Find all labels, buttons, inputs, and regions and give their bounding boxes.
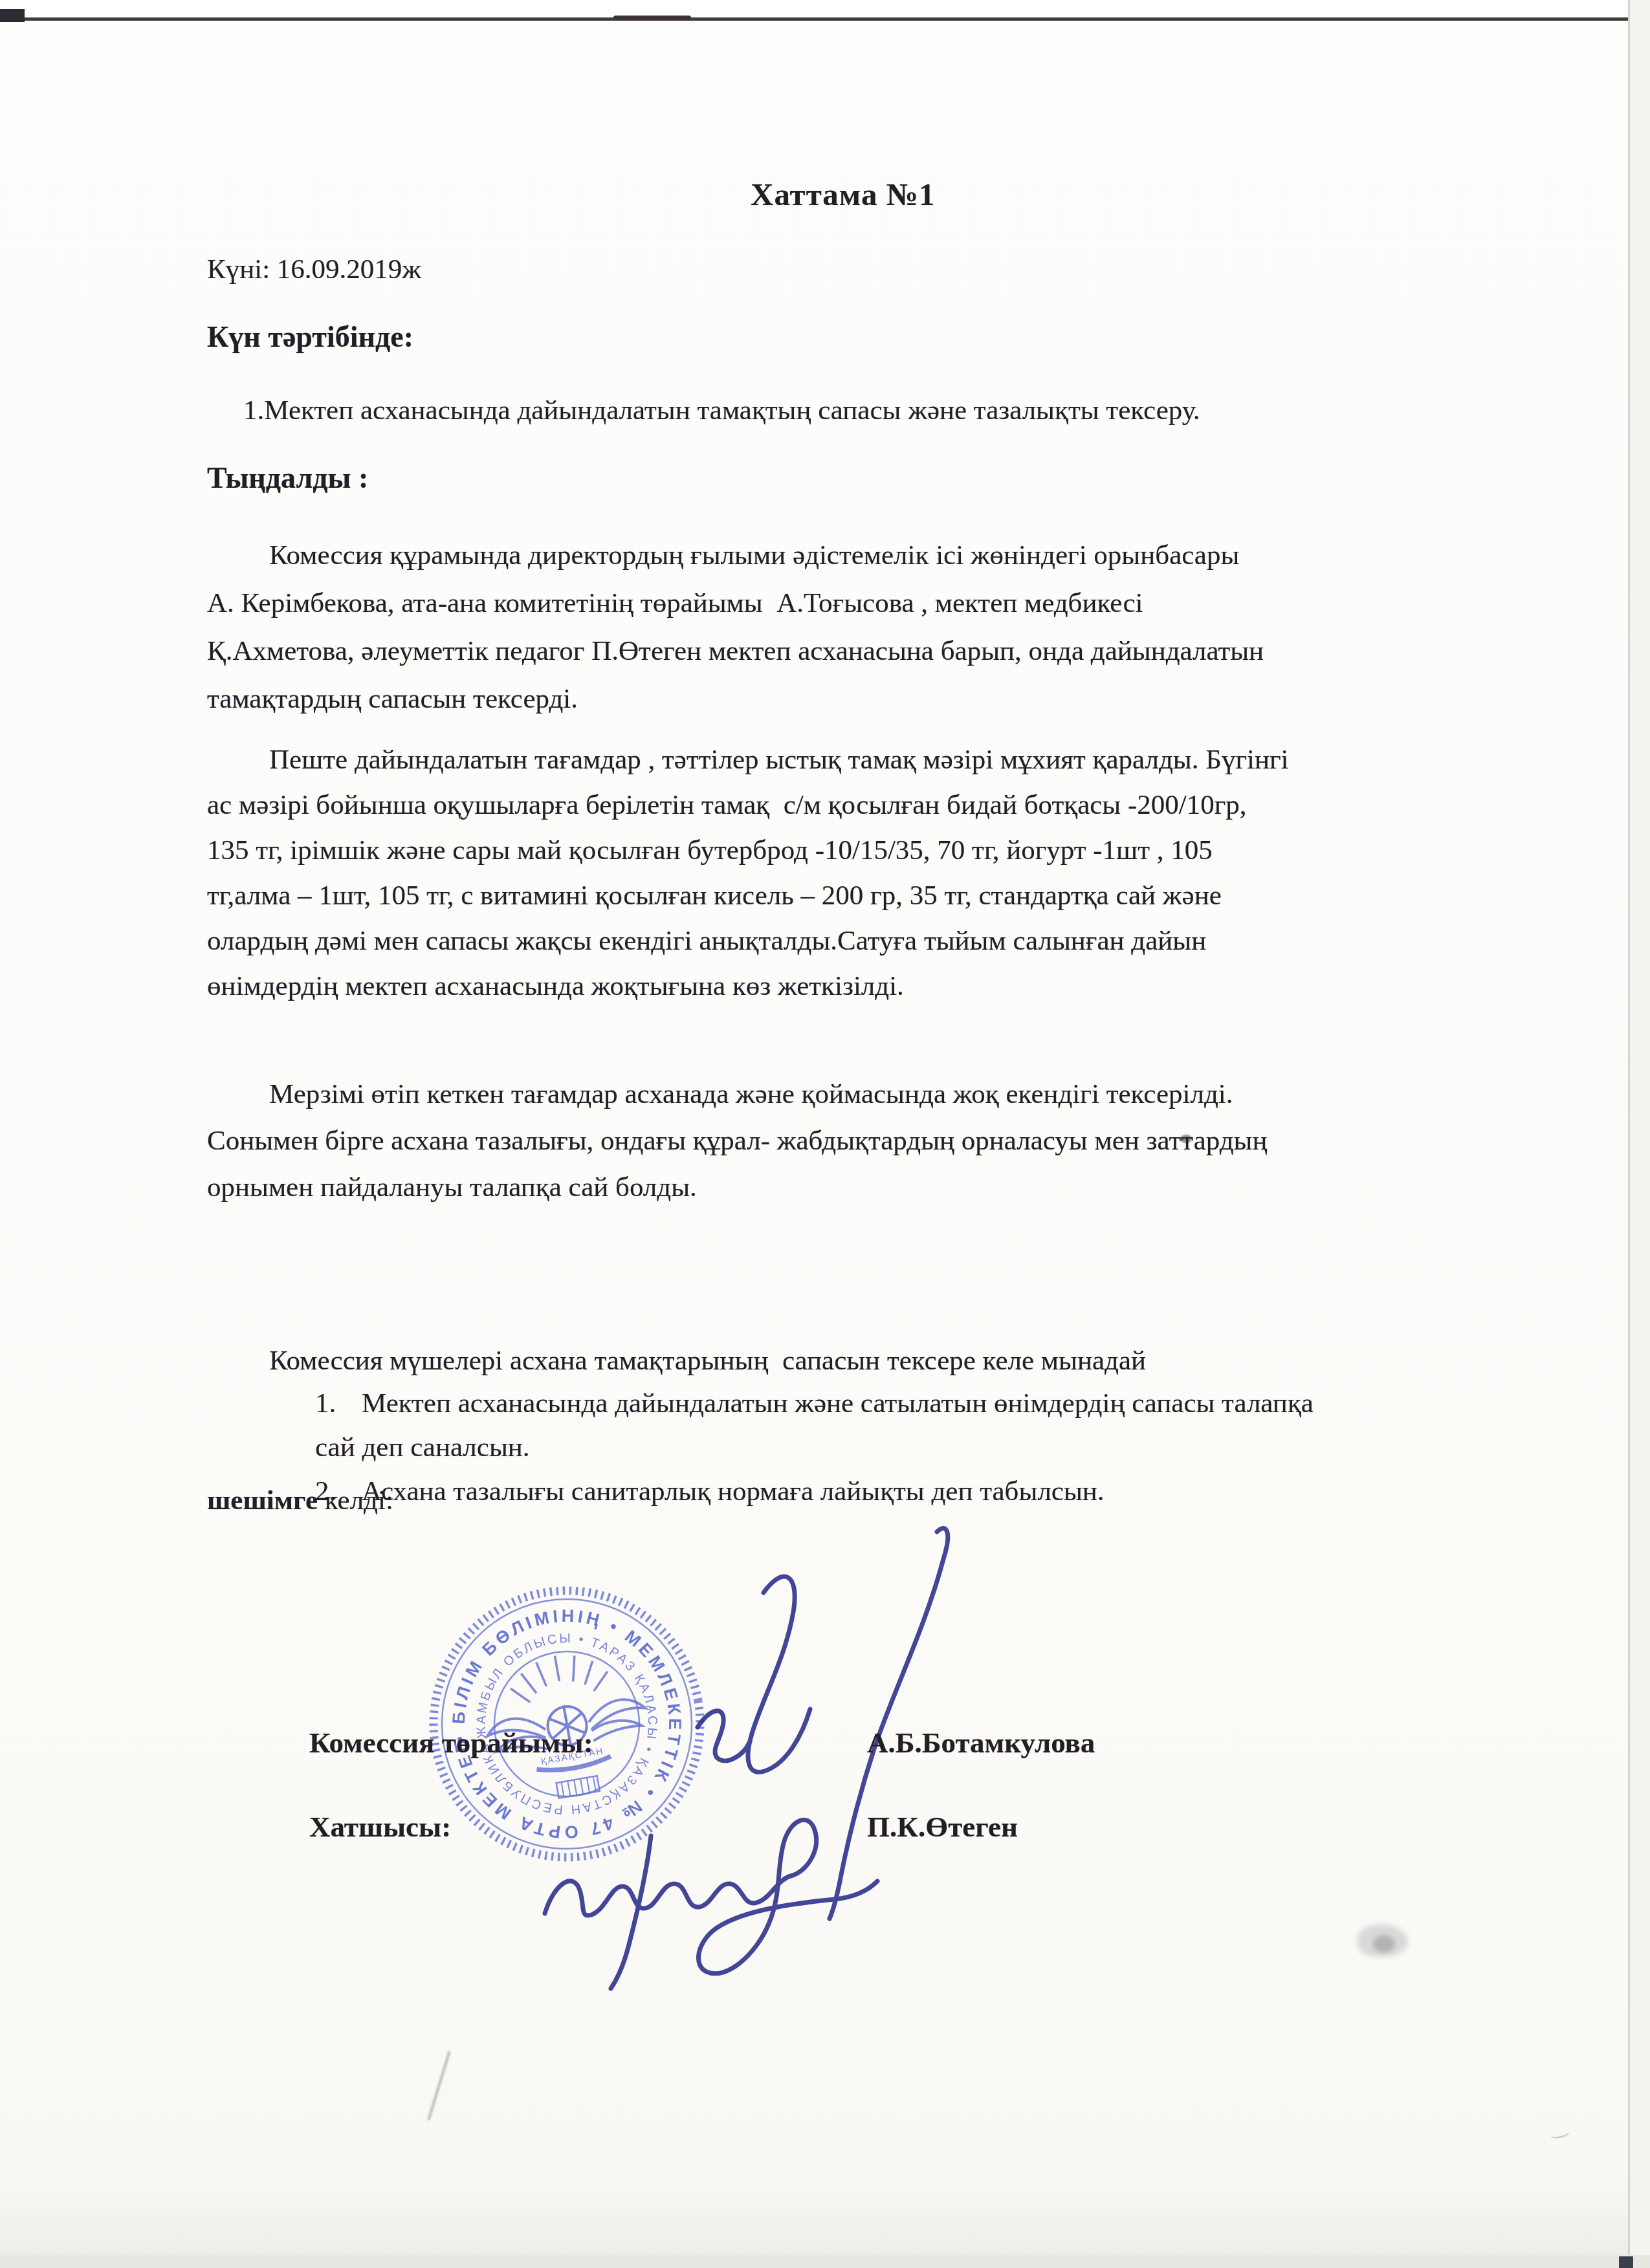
scan-top-edge-bump <box>613 16 691 20</box>
text-line: Пеште дайындалатын тағамдар , тәттілер ы… <box>207 737 1289 783</box>
agenda-item: 1.Мектеп асханасында дайындалатын тамақт… <box>243 388 1200 433</box>
scanned-protocol-page: Хаттама №1 Күні: 16.09.2019ж Күн тәртібі… <box>0 0 1650 2268</box>
text-line: Мерзімі өтіп кеткен тағамдар асханада жә… <box>207 1071 1267 1118</box>
decision-number: 2. <box>315 1470 336 1514</box>
paragraph-commission-members: Комессия құрамында директордың ғылыми әд… <box>207 532 1264 723</box>
decision-item: 1.Мектеп асханасында дайындалатын және с… <box>315 1382 1314 1470</box>
signature-label-chairman: Комессия төрайымы: <box>309 1726 593 1760</box>
scan-top-strip <box>0 0 1650 17</box>
smudge-artifact-dark <box>1373 1935 1395 1952</box>
decision-text-line: Мектеп асханасында дайындалатын және сат… <box>315 1382 1314 1426</box>
text-line: 135 тг, ірімшік және сары май қосылған б… <box>207 828 1289 873</box>
scan-bottom-corner-artifact <box>1619 2256 1633 2268</box>
signatory-name-chairman: А.Б.Ботамкулова <box>867 1726 1095 1760</box>
conclusion-bold-word: шешімге <box>207 1485 318 1516</box>
agenda-heading: Күн тәртібінде: <box>207 314 413 360</box>
text-line: Қ.Ахметова, әлеуметтік педагог П.Өтеген … <box>207 627 1264 675</box>
text-line: Сонымен бірге асхана тазалығы, ондағы құ… <box>207 1118 1267 1164</box>
paragraph-expiry-cleanliness: Мерзімі өтіп кеткен тағамдар асханада жә… <box>207 1071 1267 1211</box>
conclusion-line-1: Комессия мүшелері асхана тамақтарының са… <box>207 1338 1146 1384</box>
scan-bottom-band <box>0 2255 1650 2268</box>
pencil-mark-artifact <box>427 2051 452 2121</box>
scan-corner-artifact <box>0 9 25 22</box>
decision-text-line: сай деп саналсын. <box>315 1426 1314 1470</box>
document-title: Хаттама №1 <box>751 172 935 217</box>
text-line: олардың дәмі мен сапасы жақсы екендігі а… <box>207 919 1289 964</box>
scan-top-edge-line <box>0 17 1629 21</box>
signature-label-secretary: Хатшысы: <box>309 1810 451 1844</box>
scan-right-band <box>1630 0 1650 2268</box>
text-line: Комессия құрамында директордың ғылыми әд… <box>207 532 1264 580</box>
scan-right-edge-line <box>1628 0 1630 2268</box>
decision-number: 1. <box>315 1382 336 1426</box>
text-line: тамақтардың сапасын тексерді. <box>207 675 1264 723</box>
date-line: Күні: 16.09.2019ж <box>207 247 421 292</box>
text-line: тг,алма – 1шт, 105 тг, с витамині қосылғ… <box>207 873 1289 919</box>
faint-mark-artifact <box>1550 2128 1570 2140</box>
text-line: өнімдердің мектеп асханасында жоқтығына … <box>207 964 1289 1009</box>
text-line: ас мәзірі бойынша оқушыларға берілетін т… <box>207 783 1289 828</box>
signatory-name-secretary: П.К.Өтеген <box>867 1810 1018 1844</box>
decision-text-line: Асхана тазалығы санитарлық нормаға лайық… <box>315 1470 1314 1514</box>
paragraph-menu-inspection: Пеште дайындалатын тағамдар , тәттілер ы… <box>207 737 1289 1009</box>
decision-list: 1.Мектеп асханасында дайындалатын және с… <box>315 1382 1314 1514</box>
decision-item: 2.Асхана тазалығы санитарлық нормаға лай… <box>315 1470 1314 1514</box>
stamp-graphic: • БІЛІМ БӨЛІМІНІҢ • МЕМЛЕКЕТТІК • № 47 О… <box>421 1572 713 1875</box>
text-line: орнымен пайдалануы талапқа сай болды. <box>207 1164 1267 1211</box>
official-stamp-seal: • БІЛІМ БӨЛІМІНІҢ • МЕМЛЕКЕТТІК • № 47 О… <box>421 1572 713 1875</box>
text-line: А. Керімбекова, ата-ана комитетінің төра… <box>207 580 1264 627</box>
heard-heading: Тыңдалды : <box>207 455 368 501</box>
